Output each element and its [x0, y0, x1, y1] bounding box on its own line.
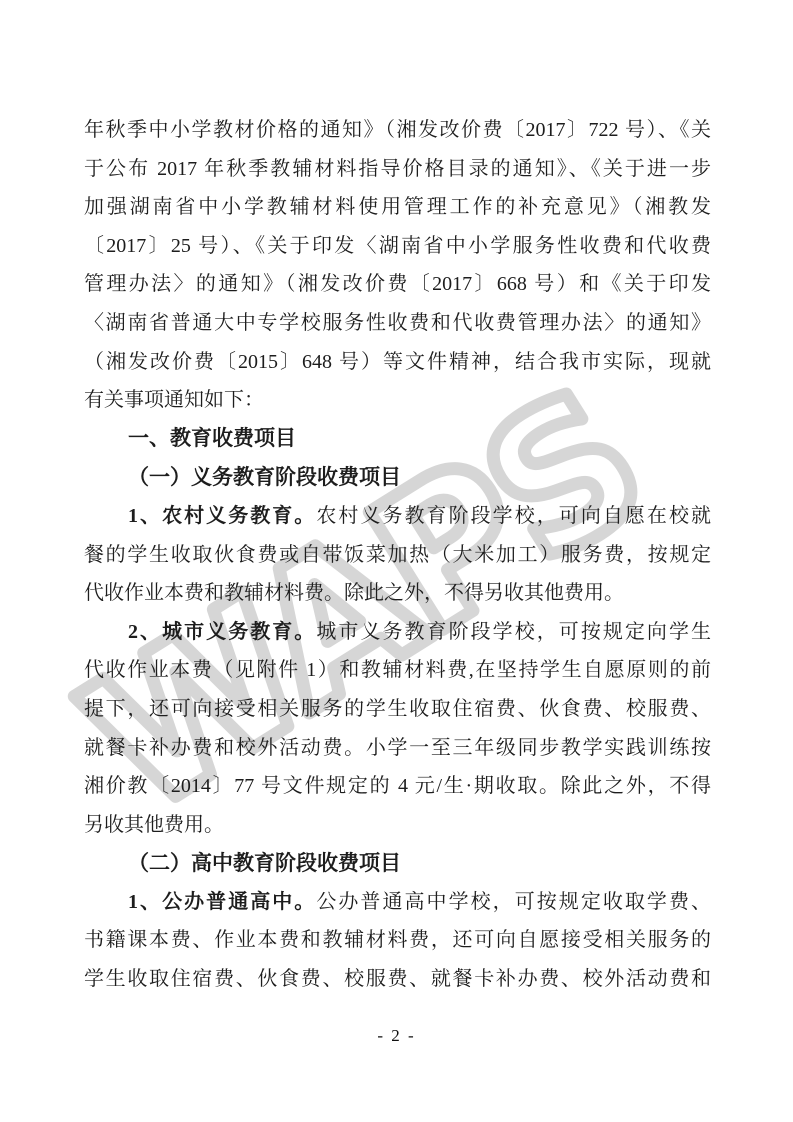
page-number: - 2 - — [0, 1026, 793, 1046]
doc-line: 加强湖南省中小学教辅材料使用管理工作的补充意见》（湘教发 — [84, 188, 711, 227]
doc-line: 1、农村义务教育。农村义务教育阶段学校，可向自愿在校就 — [84, 497, 711, 536]
doc-line: 管理办法〉的通知》（湘发改价费〔2017〕668 号）和《关于印发 — [84, 265, 711, 304]
doc-line: 〔2017〕25 号）、《关于印发〈湖南省中小学服务性收费和代收费 — [84, 227, 711, 266]
heading-line: （一）义务教育阶段收费项目 — [84, 458, 711, 497]
doc-line: 另收其他费用。 — [84, 806, 711, 845]
doc-line: 餐的学生收取伙食费或自带饭菜加热（大米加工）服务费，按规定 — [84, 536, 711, 575]
doc-line: 书籍课本费、作业本费和教辅材料费，还可向自愿接受相关服务的 — [84, 921, 711, 960]
doc-line: 学生收取住宿费、伙食费、校服费、就餐卡补办费、校外活动费和 — [84, 960, 711, 999]
bold-lead: 1、公办普通高中。 — [128, 891, 316, 913]
heading-line: （二）高中教育阶段收费项目 — [84, 844, 711, 883]
doc-line: 代收作业本费和教辅材料费。除此之外，不得另收其他费用。 — [84, 574, 711, 613]
doc-line: 有关事项通知如下： — [84, 381, 711, 420]
doc-line: 1、公办普通高中。公办普通高中学校，可按规定收取学费、 — [84, 883, 711, 922]
bold-lead: 1、农村义务教育。 — [128, 505, 316, 527]
doc-line: 提下，还可向接受相关服务的学生收取住宿费、伙食费、校服费、 — [84, 690, 711, 729]
doc-line: 2、城市义务教育。城市义务教育阶段学校，可按规定向学生 — [84, 613, 711, 652]
doc-line: 就餐卡补办费和校外活动费。小学一至三年级同步教学实践训练按 — [84, 729, 711, 768]
doc-line: （湘发改价费〔2015〕648 号）等文件精神，结合我市实际，现就 — [84, 343, 711, 382]
document-page: WAPS 年秋季中小学教材价格的通知》（湘发改价费〔2017〕722 号）、《关… — [0, 0, 793, 1122]
doc-line: 〈湖南省普通大中专学校服务性收费和代收费管理办法〉的通知》 — [84, 304, 711, 343]
doc-line: 代收作业本费（见附件 1）和教辅材料费,在坚持学生自愿原则的前 — [84, 651, 711, 690]
doc-line: 湘价教〔2014〕77 号文件规定的 4 元/生·期收取。除此之外，不得 — [84, 767, 711, 806]
heading-line: 一、教育收费项目 — [84, 420, 711, 459]
doc-line: 于公布 2017 年秋季教辅材料指导价格目录的通知》、《关于进一步 — [84, 150, 711, 189]
bold-lead: 2、城市义务教育。 — [128, 621, 316, 643]
doc-line: 年秋季中小学教材价格的通知》（湘发改价费〔2017〕722 号）、《关 — [84, 111, 711, 150]
document-body: 年秋季中小学教材价格的通知》（湘发改价费〔2017〕722 号）、《关于公布 2… — [84, 111, 711, 999]
